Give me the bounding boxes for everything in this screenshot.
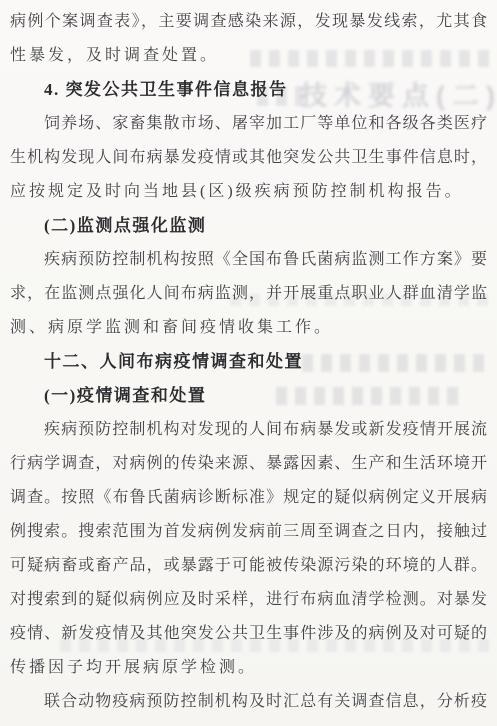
text-line: 疫情、新发疫情及其他突发公共卫生事件涉及的病例及对可疑的: [10, 617, 488, 651]
section-heading: 十二、人间布病疫情调查和处置: [10, 345, 488, 379]
text-line: 生机构发现人间布病暴发疫情或其他突发公共卫生事件信息时，: [10, 141, 488, 175]
text-line: 对搜索到的疑似病例应及时采样，进行布病血清学检测。对暴发: [10, 583, 488, 617]
document-text-block: 病例个案调查表》，主要调查感染来源，发现暴发线索，尤其食源 性暴发，及时调查处置…: [10, 5, 488, 719]
text-line: 例搜索。搜索范围为首发病例发病前三周至调查之日内，接触过: [10, 515, 488, 549]
section-heading: (二)监测点强化监测: [10, 209, 488, 243]
text-line: 行病学调查，对病例的传染来源、暴露因素、生产和生活环境开展: [10, 447, 488, 481]
text-line: 调查。按照《布鲁氏菌病诊断标准》规定的疑似病例定义开展病: [10, 481, 488, 515]
text-line: 饲养场、家畜集散市场、屠宰加工厂等单位和各级各类医疗卫: [10, 107, 488, 141]
section-heading: 4. 突发公共卫生事件信息报告: [10, 73, 488, 107]
text-line: 病例个案调查表》，主要调查感染来源，发现暴发线索，尤其食源: [10, 5, 488, 39]
text-line: 测、病原学监测和畜间疫情收集工作。: [10, 311, 488, 345]
text-line: 疾病预防控制机构按照《全国布鲁氏菌病监测工作方案》要: [10, 243, 488, 277]
text-line: 可疑病畜或畜产品，或暴露于可能被传染源污染的环境的人群。: [10, 549, 488, 583]
document-page: 技术要点(二) 病例个案调查表》，主要调查感染来源，发现暴发线索，尤其食源 性暴…: [0, 0, 497, 726]
text-line: 疾病预防控制机构对发现的人间布病暴发或新发疫情开展流: [10, 413, 488, 447]
text-line: 联合动物疫病预防控制机构及时汇总有关调查信息，分析疫: [10, 685, 488, 719]
text-line: 应按规定及时向当地县(区)级疾病预防控制机构报告。: [10, 175, 488, 209]
text-line: 性暴发，及时调查处置。: [10, 39, 488, 73]
text-line: 传播因子均开展病原学检测。: [10, 651, 488, 685]
text-line: 求，在监测点强化人间布病监测，并开展重点职业人群血清学监: [10, 277, 488, 311]
section-heading: (一)疫情调查和处置: [10, 379, 488, 413]
